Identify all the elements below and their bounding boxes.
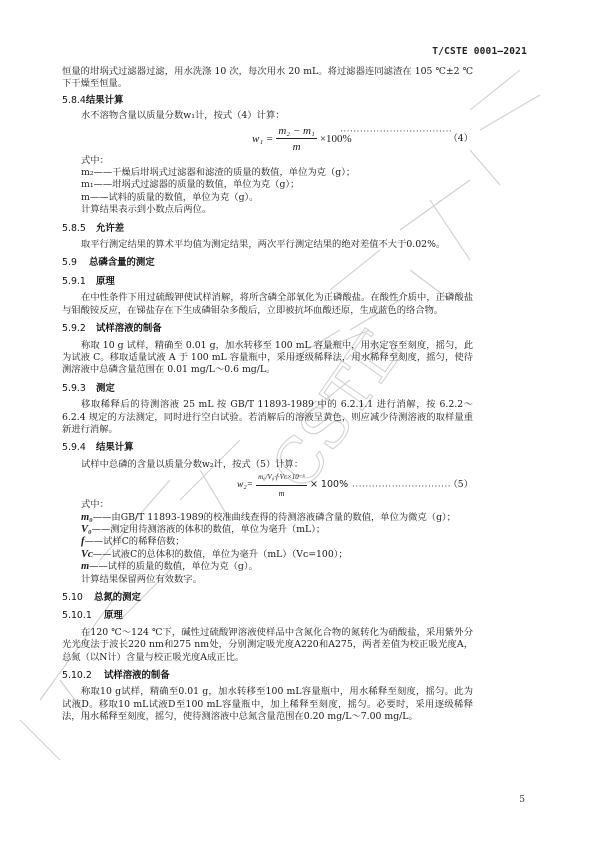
formula-5-fraction: m₀/V₀·f·Vᴄ×10⁻⁶ m [256,471,307,500]
formula-5-denominator: m [279,486,285,500]
calc-note: 计算结果保留两位有效数字。 [62,574,473,586]
formula-4-tail: ×100% [320,133,352,145]
paragraph-5-8-5: 取平行测定结果的算术平均值为测定结果，两次平行测定结果的绝对差值不大于0.02%… [62,239,473,251]
leader-dots: ········································… [340,125,452,135]
definition-f: f——试样C的稀释倍数； [62,536,473,548]
heading-5-9-1: 5.9.1原理 [62,276,473,288]
heading-5-9-4: 5.9.4结果计算 [62,442,473,454]
paragraph-5-10-1: 在120 ℃～124 ℃下，碱性过硫酸钾溶液使样品中含氮化合物的氮转化为硝酸盐，… [62,627,473,664]
document-page: CSTE T/CSTE 0001—2021 恒量的坩埚式过滤器过滤，用水洗涤 1… [0,0,600,848]
formula-4-numerator: m₂ − m₁ [276,125,316,139]
definition-v0: V₀——测定用待测溶液的体积的数值，单位为毫升（mL）； [62,524,473,536]
paragraph-5-8-3-continued: 恒量的坩埚式过滤器过滤，用水洗涤 10 次，每次用水 20 mL。将过滤器连同滤… [62,66,473,91]
document-body: 恒量的坩埚式过滤器过滤，用水洗涤 10 次，每次用水 20 mL。将过滤器连同滤… [62,66,473,724]
formula-4-fraction: m₂ − m₁ m [276,125,316,154]
paragraph-5-9-1: 在中性条件下用过硫酸钾使试样消解，将所含磷全部氧化为正磷酸盐。在酸性介质中，正磷… [62,292,473,317]
page-number: 5 [519,795,525,805]
formula-5-tail: × 100% [310,479,348,491]
heading-5-10: 5.10总氮的测定 [62,592,473,604]
formula-4: w₁ = m₂ − m₁ m ×100% ···················… [62,125,473,155]
definition-m2: m₂——干燥后坩埚式过滤器和滤渣的质量的数值，单位为克（g）； [62,167,473,179]
formula-5-numerator: m₀/V₀·f·Vᴄ×10⁻⁶ [256,471,307,485]
formula-4-lhs: w₁ = [252,133,273,145]
heading-5-8-5: 5.8.5允许差 [62,223,473,235]
formula-4-intro: 水不溶物含量以质量分数w₁计，按式（4）计算： [62,110,473,122]
paragraph-5-9-3: 移取稀释后的待测溶液 25 mL 按 GB/T 11893-1989 中的 6.… [62,399,473,436]
formula-5-number: （5） [448,479,473,491]
definition-m: m——试样的质量的数值，单位为克（g）。 [62,561,473,573]
standard-code: T/CSTE 0001—2021 [432,46,527,57]
leader-dots: ········································… [352,480,452,490]
heading-5-10-2: 5.10.2试样溶液的制备 [62,670,473,682]
definition-m0: m₀——由GB/T 11893-1989的校准曲线查得的待测溶液磷含量的数值，单… [62,512,473,524]
formula-5-lhs: w₂= [237,479,253,491]
calc-note: 计算结果表示到小数点后两位。 [62,204,473,216]
formula-5: w₂= m₀/V₀·f·Vᴄ×10⁻⁶ m × 100% ···········… [62,473,473,499]
definition-m: m——试料的质量的数值，单位为克（g）。 [62,192,473,204]
formula-4-denominator: m [293,139,301,153]
heading-5-10-1: 5.10.1原理 [62,610,473,622]
where-label: 式中： [62,155,473,167]
formula-4-number: （4） [448,133,473,145]
paragraph-5-9-2: 称取 10 g 试样，精确至 0.01 g，加水转移至 100 mL 容量瓶中，… [62,340,473,377]
heading-5-9-3: 5.9.3测定 [62,383,473,395]
definition-vc: Vᴄ——试液C的总体积的数值，单位为毫升（mL）（Vᴄ=100）； [62,549,473,561]
paragraph-5-10-2: 称取10 g试样，精确至0.01 g，加水转移至100 mL容量瓶中，用水稀释至… [62,686,473,723]
heading-5-9-2: 5.9.2试样溶液的制备 [62,323,473,335]
heading-5-8-4: 5.8.4结果计算 [62,95,473,107]
definition-m1: m₁——坩埚式过滤器的质量的数值，单位为克（g）； [62,179,473,191]
heading-5-9: 5.9总磷含量的测定 [62,257,473,269]
formula-5-intro: 试样中总磷的含量以质量分数w₂计，按式（5）计算： [62,459,473,471]
where-label: 式中： [62,499,473,511]
